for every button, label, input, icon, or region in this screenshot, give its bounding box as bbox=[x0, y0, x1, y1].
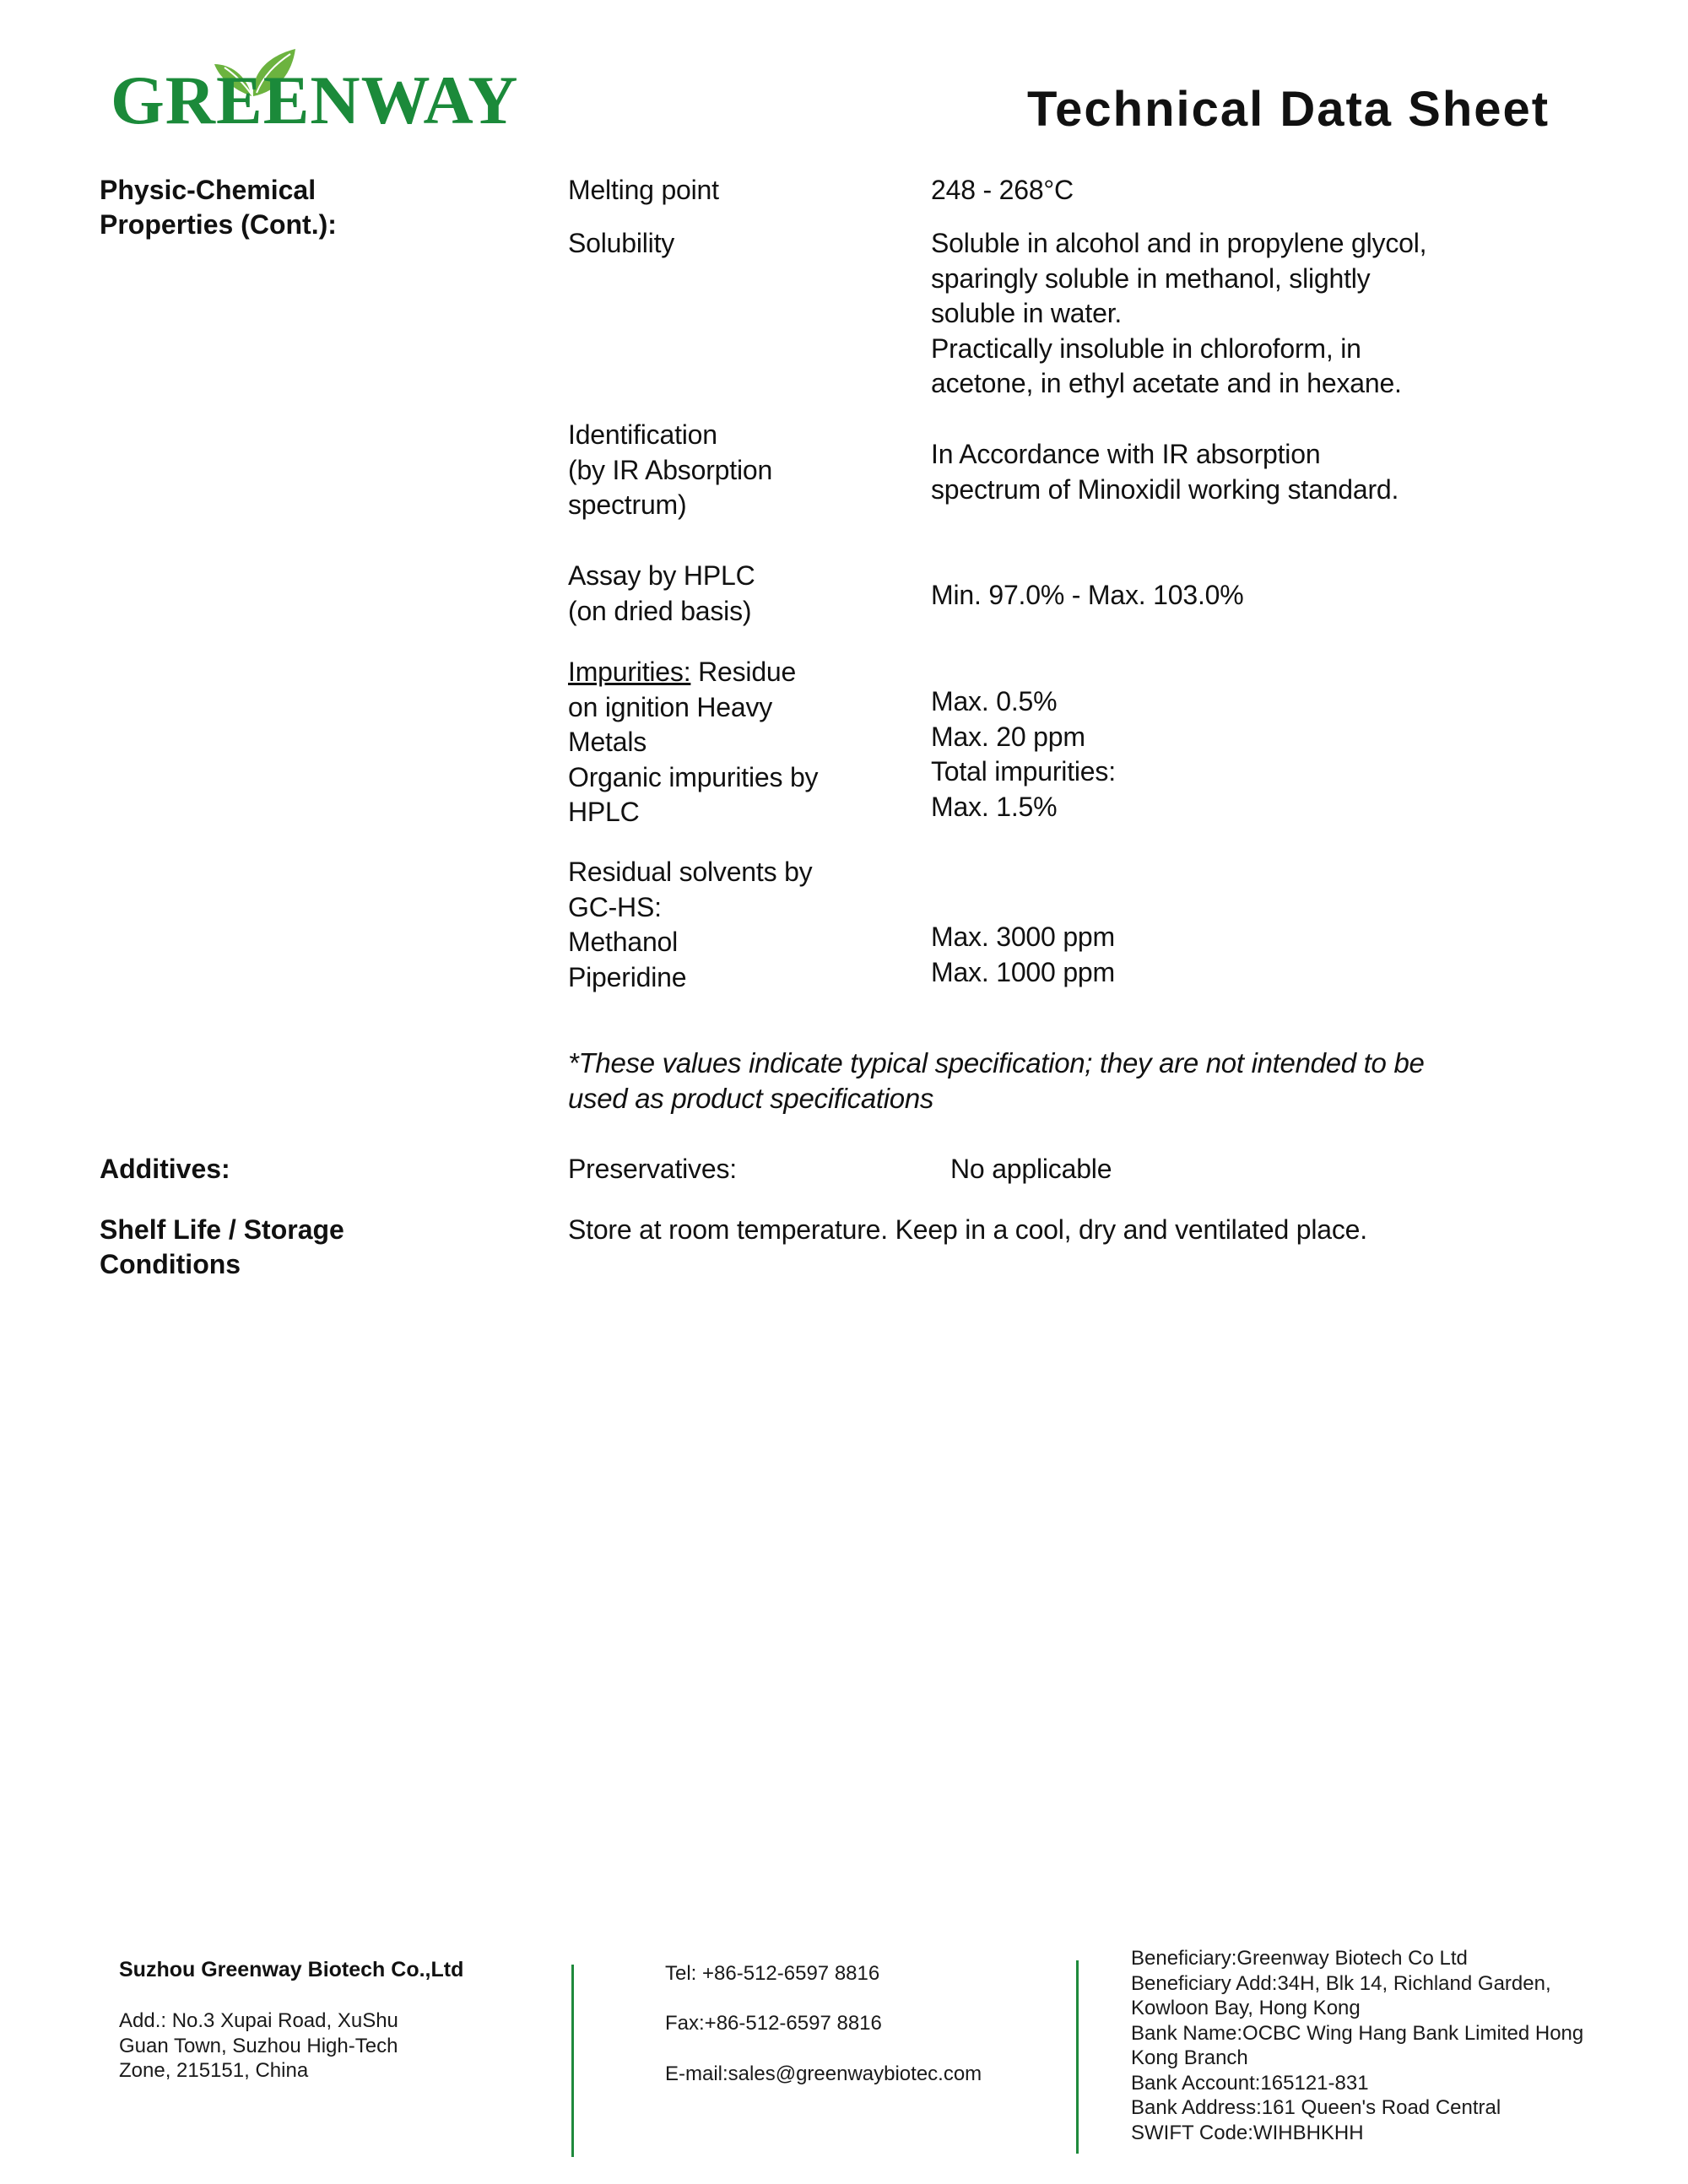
value-line: In Accordance with IR absorption bbox=[931, 437, 1399, 473]
property-name-residual-solvents: Residual solvents by GC-HS: Methanol Pip… bbox=[568, 855, 813, 995]
bank-line: Beneficiary Add:34H, Blk 14, Richland Ga… bbox=[1131, 1971, 1583, 1997]
label-line: Properties (Cont.): bbox=[100, 208, 337, 242]
name-line: Piperidine bbox=[568, 960, 813, 996]
label-line: Conditions bbox=[100, 1247, 344, 1282]
name-line: Assay by HPLC bbox=[568, 559, 755, 594]
name-line: Solubility bbox=[568, 226, 674, 262]
additive-value-preservatives: No applicable bbox=[950, 1152, 1112, 1187]
value-line: Max. 3000 ppm bbox=[931, 920, 1115, 955]
bank-line: SWIFT Code:WIHBHKHH bbox=[1131, 2121, 1583, 2146]
bank-line: Kowloon Bay, Hong Kong bbox=[1131, 1996, 1583, 2021]
property-value-melting-point: 248 - 268°C bbox=[931, 173, 1074, 208]
address-line: Add.: No.3 Xupai Road, XuShu bbox=[119, 2008, 398, 2034]
additive-name-preservatives: Preservatives: bbox=[568, 1152, 737, 1187]
footer-fax: Fax:+86-512-6597 8816 bbox=[665, 2011, 882, 2036]
name-line: (by IR Absorption bbox=[568, 453, 772, 489]
label-line: Physic-Chemical bbox=[100, 173, 337, 208]
note-line: *These values indicate typical specifica… bbox=[568, 1046, 1425, 1081]
value-line: Min. 97.0% - Max. 103.0% bbox=[931, 578, 1243, 614]
bank-line: Bank Account:165121-831 bbox=[1131, 2071, 1583, 2096]
value-line: sparingly soluble in methanol, slightly bbox=[931, 262, 1426, 297]
impurities-heading: Impurities: bbox=[568, 657, 690, 687]
property-value-identification: In Accordance with IR absorption spectru… bbox=[931, 437, 1399, 507]
section-label-additives: Additives: bbox=[100, 1152, 230, 1187]
value-line: 248 - 268°C bbox=[931, 173, 1074, 208]
specification-note: *These values indicate typical specifica… bbox=[568, 1046, 1425, 1116]
name-line: on ignition Heavy bbox=[568, 690, 818, 726]
label-line: Shelf Life / Storage bbox=[100, 1213, 344, 1247]
name-line: GC-HS: bbox=[568, 890, 813, 926]
bank-line: Kong Branch bbox=[1131, 2046, 1583, 2071]
property-name-identification: Identification (by IR Absorption spectru… bbox=[568, 418, 772, 523]
name-line: Organic impurities by bbox=[568, 760, 818, 796]
shelf-life-value: Store at room temperature. Keep in a coo… bbox=[568, 1213, 1367, 1248]
value-line: Practically insoluble in chloroform, in bbox=[931, 332, 1426, 367]
name-line-rest: Residue bbox=[690, 657, 796, 687]
property-name-assay: Assay by HPLC (on dried basis) bbox=[568, 559, 755, 629]
name-line: (on dried basis) bbox=[568, 594, 755, 630]
property-value-assay: Min. 97.0% - Max. 103.0% bbox=[931, 578, 1243, 614]
name-line: Identification bbox=[568, 418, 772, 453]
name-line: Residual solvents by bbox=[568, 855, 813, 890]
footer-bank-details: Beneficiary:Greenway Biotech Co Ltd Bene… bbox=[1131, 1946, 1583, 2145]
footer-address: Add.: No.3 Xupai Road, XuShu Guan Town, … bbox=[119, 2008, 398, 2084]
section-label-shelf-life: Shelf Life / Storage Conditions bbox=[100, 1213, 344, 1282]
bank-line: Bank Address:161 Queen's Road Central bbox=[1131, 2095, 1583, 2121]
footer-divider bbox=[1076, 1960, 1079, 2154]
name-line: HPLC bbox=[568, 795, 818, 830]
name-line: Metals bbox=[568, 725, 818, 760]
footer-divider bbox=[571, 1965, 574, 2157]
logo-text: GREENWAY bbox=[111, 66, 518, 135]
property-name-solubility: Solubility bbox=[568, 226, 674, 262]
property-value-solubility: Soluble in alcohol and in propylene glyc… bbox=[931, 226, 1426, 402]
name-line: Impurities: Residue bbox=[568, 655, 818, 690]
value-line: Max. 0.5% bbox=[931, 684, 1116, 720]
value-line: spectrum of Minoxidil working standard. bbox=[931, 473, 1399, 508]
property-name-melting-point: Melting point bbox=[568, 173, 719, 208]
address-line: Guan Town, Suzhou High-Tech bbox=[119, 2034, 398, 2059]
name-line: spectrum) bbox=[568, 488, 772, 523]
value-line: Soluble in alcohol and in propylene glyc… bbox=[931, 226, 1426, 262]
bank-line: Beneficiary:Greenway Biotech Co Ltd bbox=[1131, 1946, 1583, 1971]
value-line: Total impurities: bbox=[931, 754, 1116, 790]
value-line: soluble in water. bbox=[931, 296, 1426, 332]
property-value-residual-solvents: Max. 3000 ppm Max. 1000 ppm bbox=[931, 920, 1115, 990]
name-line: Melting point bbox=[568, 173, 719, 208]
greenway-logo: GREENWAY bbox=[111, 49, 457, 133]
page-title: Technical Data Sheet bbox=[1027, 81, 1550, 138]
footer-email[interactable]: E-mail:sales@greenwaybiotec.com bbox=[665, 2062, 982, 2087]
property-value-impurities: Max. 0.5% Max. 20 ppm Total impurities: … bbox=[931, 684, 1116, 824]
name-line: Methanol bbox=[568, 925, 813, 960]
bank-line: Bank Name:OCBC Wing Hang Bank Limited Ho… bbox=[1131, 2021, 1583, 2046]
value-line: Max. 20 ppm bbox=[931, 720, 1116, 755]
property-name-impurities: Impurities: Residue on ignition Heavy Me… bbox=[568, 655, 818, 830]
footer-company-name: Suzhou Greenway Biotech Co.,Ltd bbox=[119, 1958, 463, 1982]
address-line: Zone, 215151, China bbox=[119, 2058, 398, 2084]
note-line: used as product specifications bbox=[568, 1081, 1425, 1116]
value-line: acetone, in ethyl acetate and in hexane. bbox=[931, 366, 1426, 402]
value-line: Max. 1000 ppm bbox=[931, 955, 1115, 991]
section-label-physchem: Physic-Chemical Properties (Cont.): bbox=[100, 173, 337, 242]
footer-tel: Tel: +86-512-6597 8816 bbox=[665, 1961, 879, 1987]
value-line: Max. 1.5% bbox=[931, 790, 1116, 825]
